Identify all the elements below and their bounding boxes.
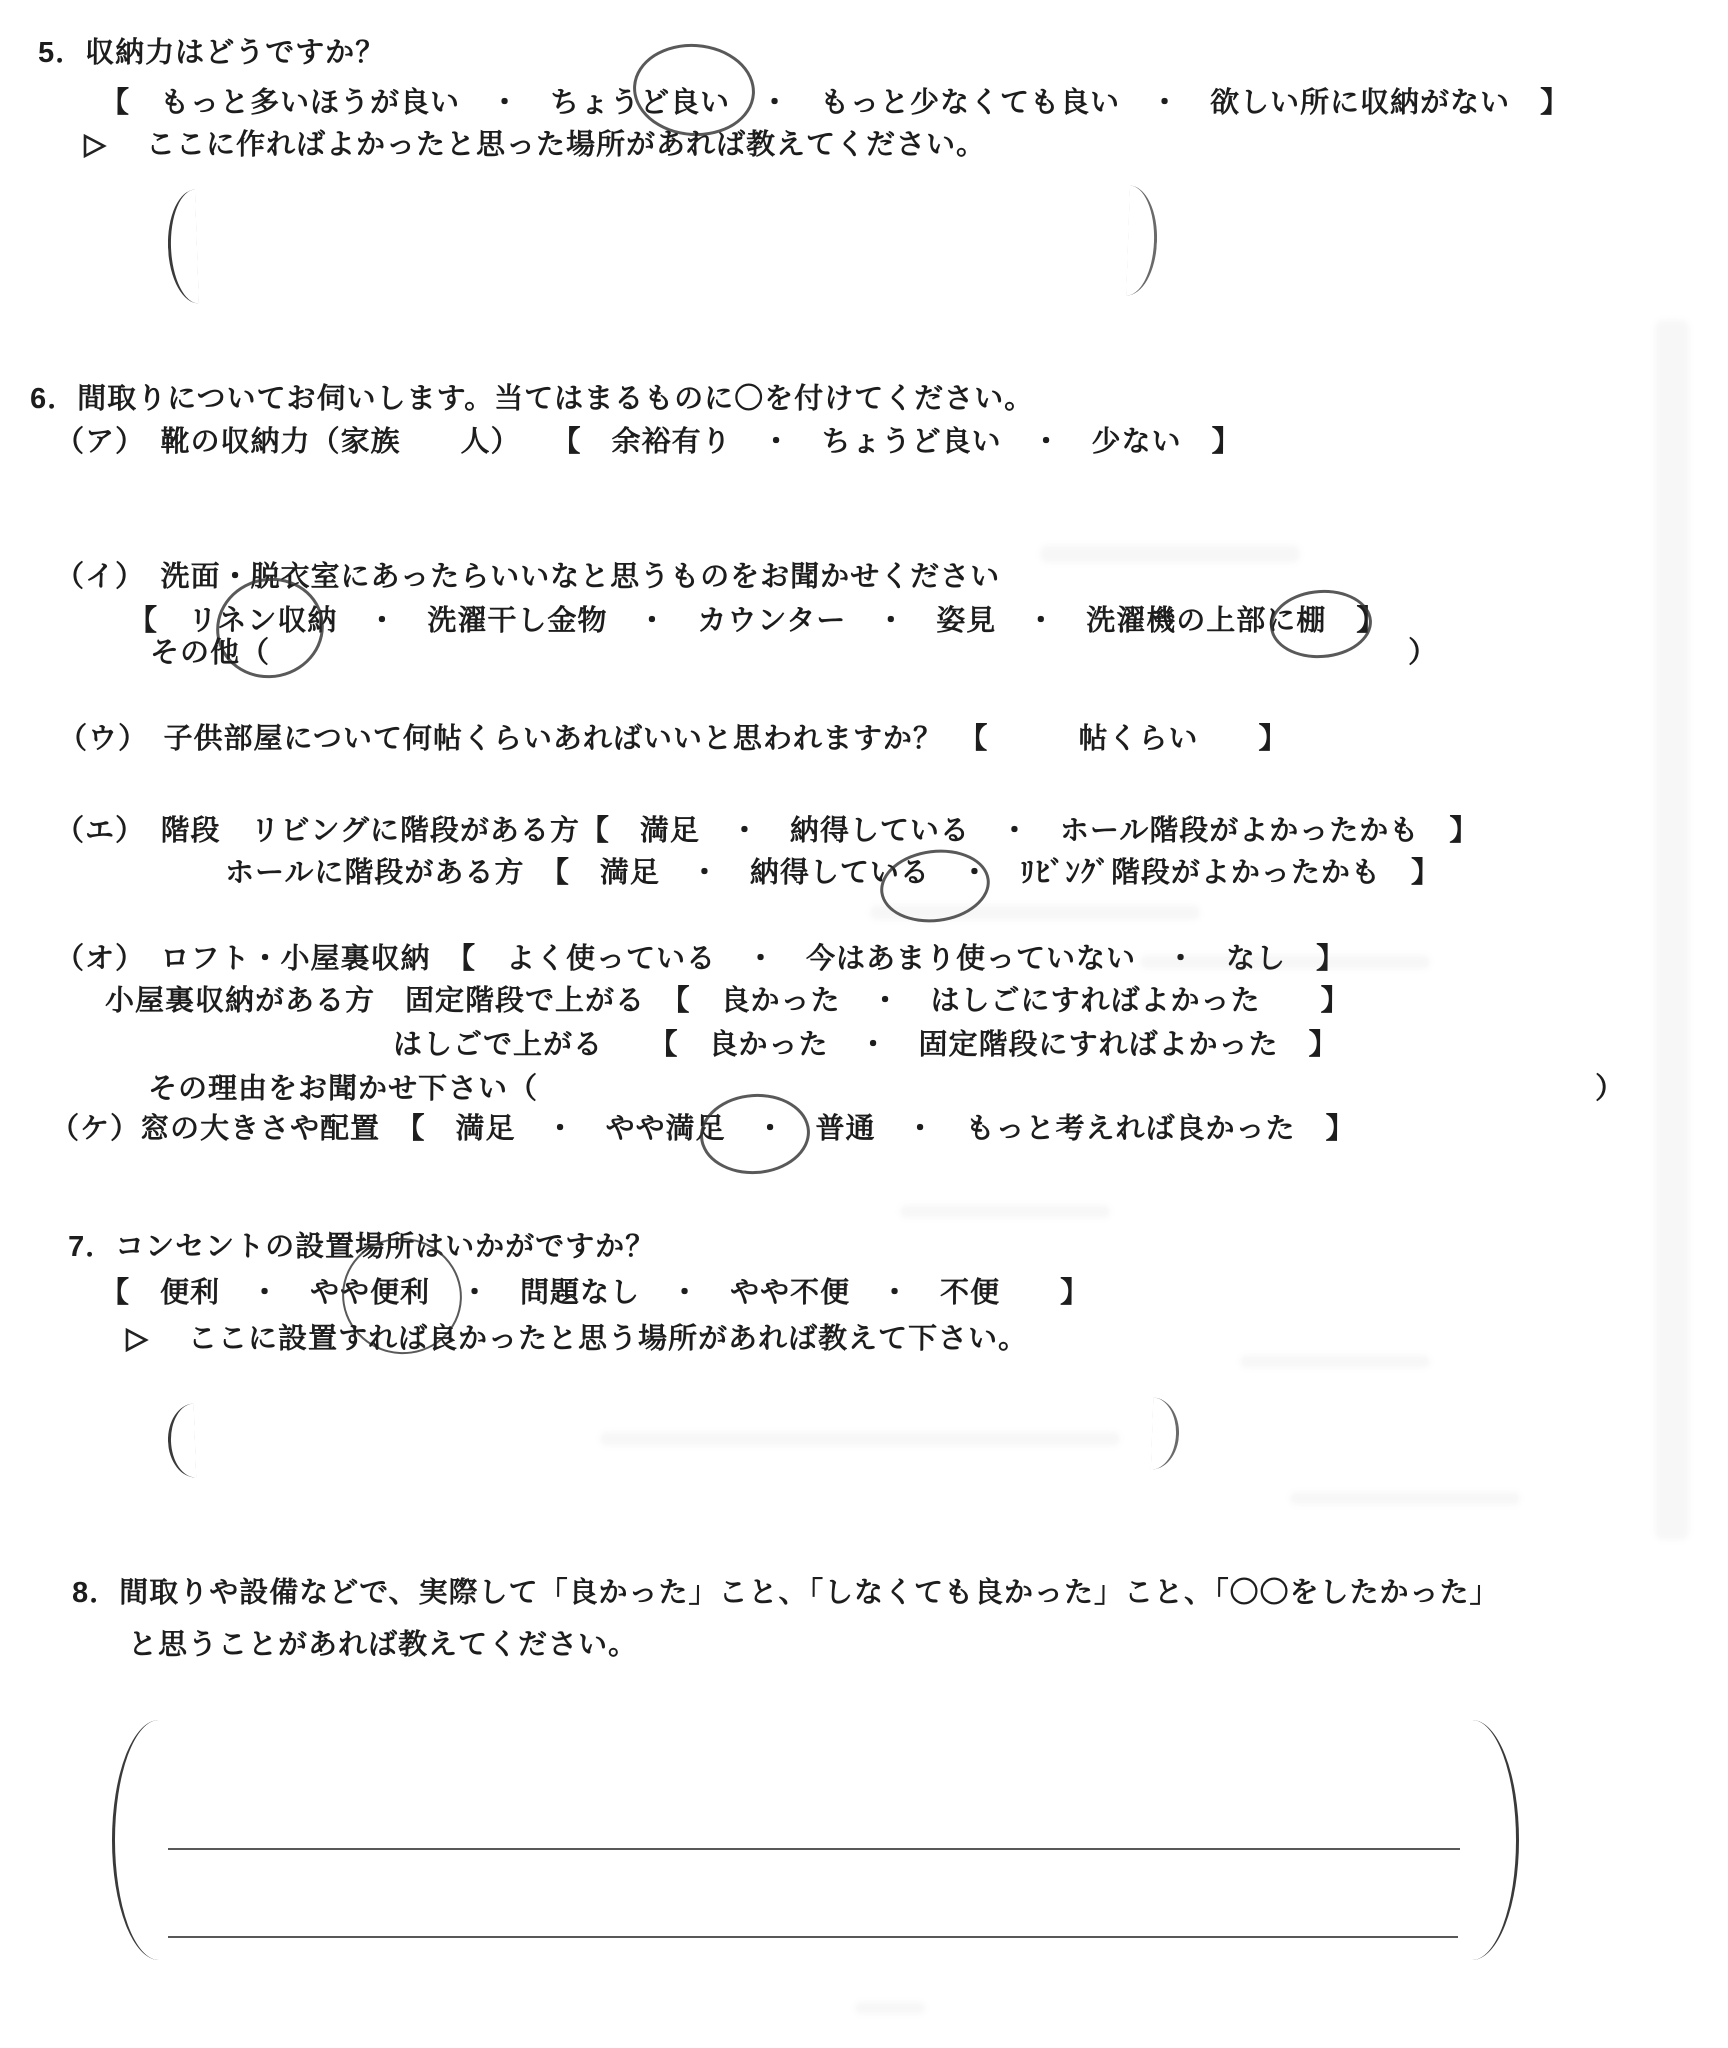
question-7-prompt: ここに設置すれば良かったと思う場所があれば教えて下さい。 <box>188 1322 1028 1356</box>
question-6-title: 6．間取りについてお伺いします。当てはまるものに〇を付けてください。 <box>30 382 1034 416</box>
q6-item-o-line3: はしごで上がる 【 良かった ・ 固定階段にすればよかった 】 <box>393 1028 1339 1062</box>
bleed-through-artifact <box>1140 955 1430 969</box>
pen-circle-yaya-manzoku <box>697 1090 812 1177</box>
q6-item-i-other-open: その他（ <box>150 636 270 670</box>
question-8-title-line1: 8．間取りや設備などで、実際して「良かった」こと、「しなくても良かった」こと、「… <box>72 1576 1500 1610</box>
bleed-through-artifact <box>1240 1355 1430 1368</box>
bleed-through-artifact <box>1655 320 1689 1540</box>
bleed-through-artifact <box>1040 545 1300 563</box>
q8-answer-rule-line-1 <box>168 1848 1460 1850</box>
q5-answer-paren-left <box>166 190 199 305</box>
pen-circle-sentakuki-joubu <box>1268 587 1374 662</box>
q6-item-i-other-close: ） <box>1408 636 1438 670</box>
bleed-through-artifact <box>855 2002 925 2014</box>
q6-item-u: （ウ） 子供部屋について何帖くらいあればいいと思われますか？ 【 帖くらい 】 <box>58 722 1289 756</box>
question-5-options: 【 もっと多いほうが良い ・ ちょうど良い ・ もっと少なくても良い ・ 欲しい… <box>100 86 1570 120</box>
question-8-title-line2: と思うことがあれば教えてください。 <box>128 1628 638 1662</box>
q7-answer-paren-right <box>1151 1398 1180 1471</box>
bleed-through-artifact <box>870 905 1200 920</box>
q6-item-a: （ア） 靴の収納力（家族 人） 【 余裕有り ・ ちょうど良い ・ 少ない 】 <box>55 425 1242 459</box>
bleed-through-artifact <box>1290 1492 1520 1505</box>
q6-item-o-reason-close: ） <box>1595 1072 1625 1106</box>
arrow-bullet-icon <box>122 1326 150 1354</box>
q8-answer-paren-left <box>112 1720 159 1960</box>
q6-item-i-line1: （イ） 洗面・脱衣室にあったらいいなと思うものをお聞かせください <box>55 560 1000 594</box>
scanned-survey-page: 5．収納力はどうですか？ 【 もっと多いほうが良い ・ ちょうど良い ・ もっと… <box>0 0 1728 2048</box>
q8-answer-rule-line-2 <box>168 1936 1458 1938</box>
q6-item-e-line1: （エ） 階段 リビングに階段がある方【 満足 ・ 納得している ・ ホール階段が… <box>55 814 1480 848</box>
q6-item-o-reason-open: その理由をお聞かせ下さい（ <box>148 1072 538 1106</box>
question-5-title: 5．収納力はどうですか？ <box>38 36 385 70</box>
q6-item-e-line2: ホールに階段がある方 【 満足 ・ 納得している ・ ﾘﾋﾞﾝｸﾞ階段がよかった… <box>225 856 1441 890</box>
bleed-through-artifact <box>900 1205 1110 1218</box>
q6-item-o-line2: 小屋裏収納がある方 固定階段で上がる 【 良かった ・ はしごにすればよかった … <box>105 984 1351 1018</box>
bleed-through-artifact <box>600 1432 1120 1446</box>
pen-circle-q5-choudoyoi <box>630 40 758 140</box>
question-7-options: 【 便利 ・ やや便利 ・ 問題なし ・ やや不便 ・ 不便 】 <box>100 1276 1090 1310</box>
q5-answer-paren-right <box>1126 186 1159 297</box>
q7-answer-paren-left <box>167 1404 197 1479</box>
question-5-prompt: ここに作ればよかったと思った場所があれば教えてください。 <box>146 128 986 162</box>
q8-answer-paren-right <box>1472 1720 1519 1960</box>
arrow-bullet-icon <box>80 132 108 160</box>
